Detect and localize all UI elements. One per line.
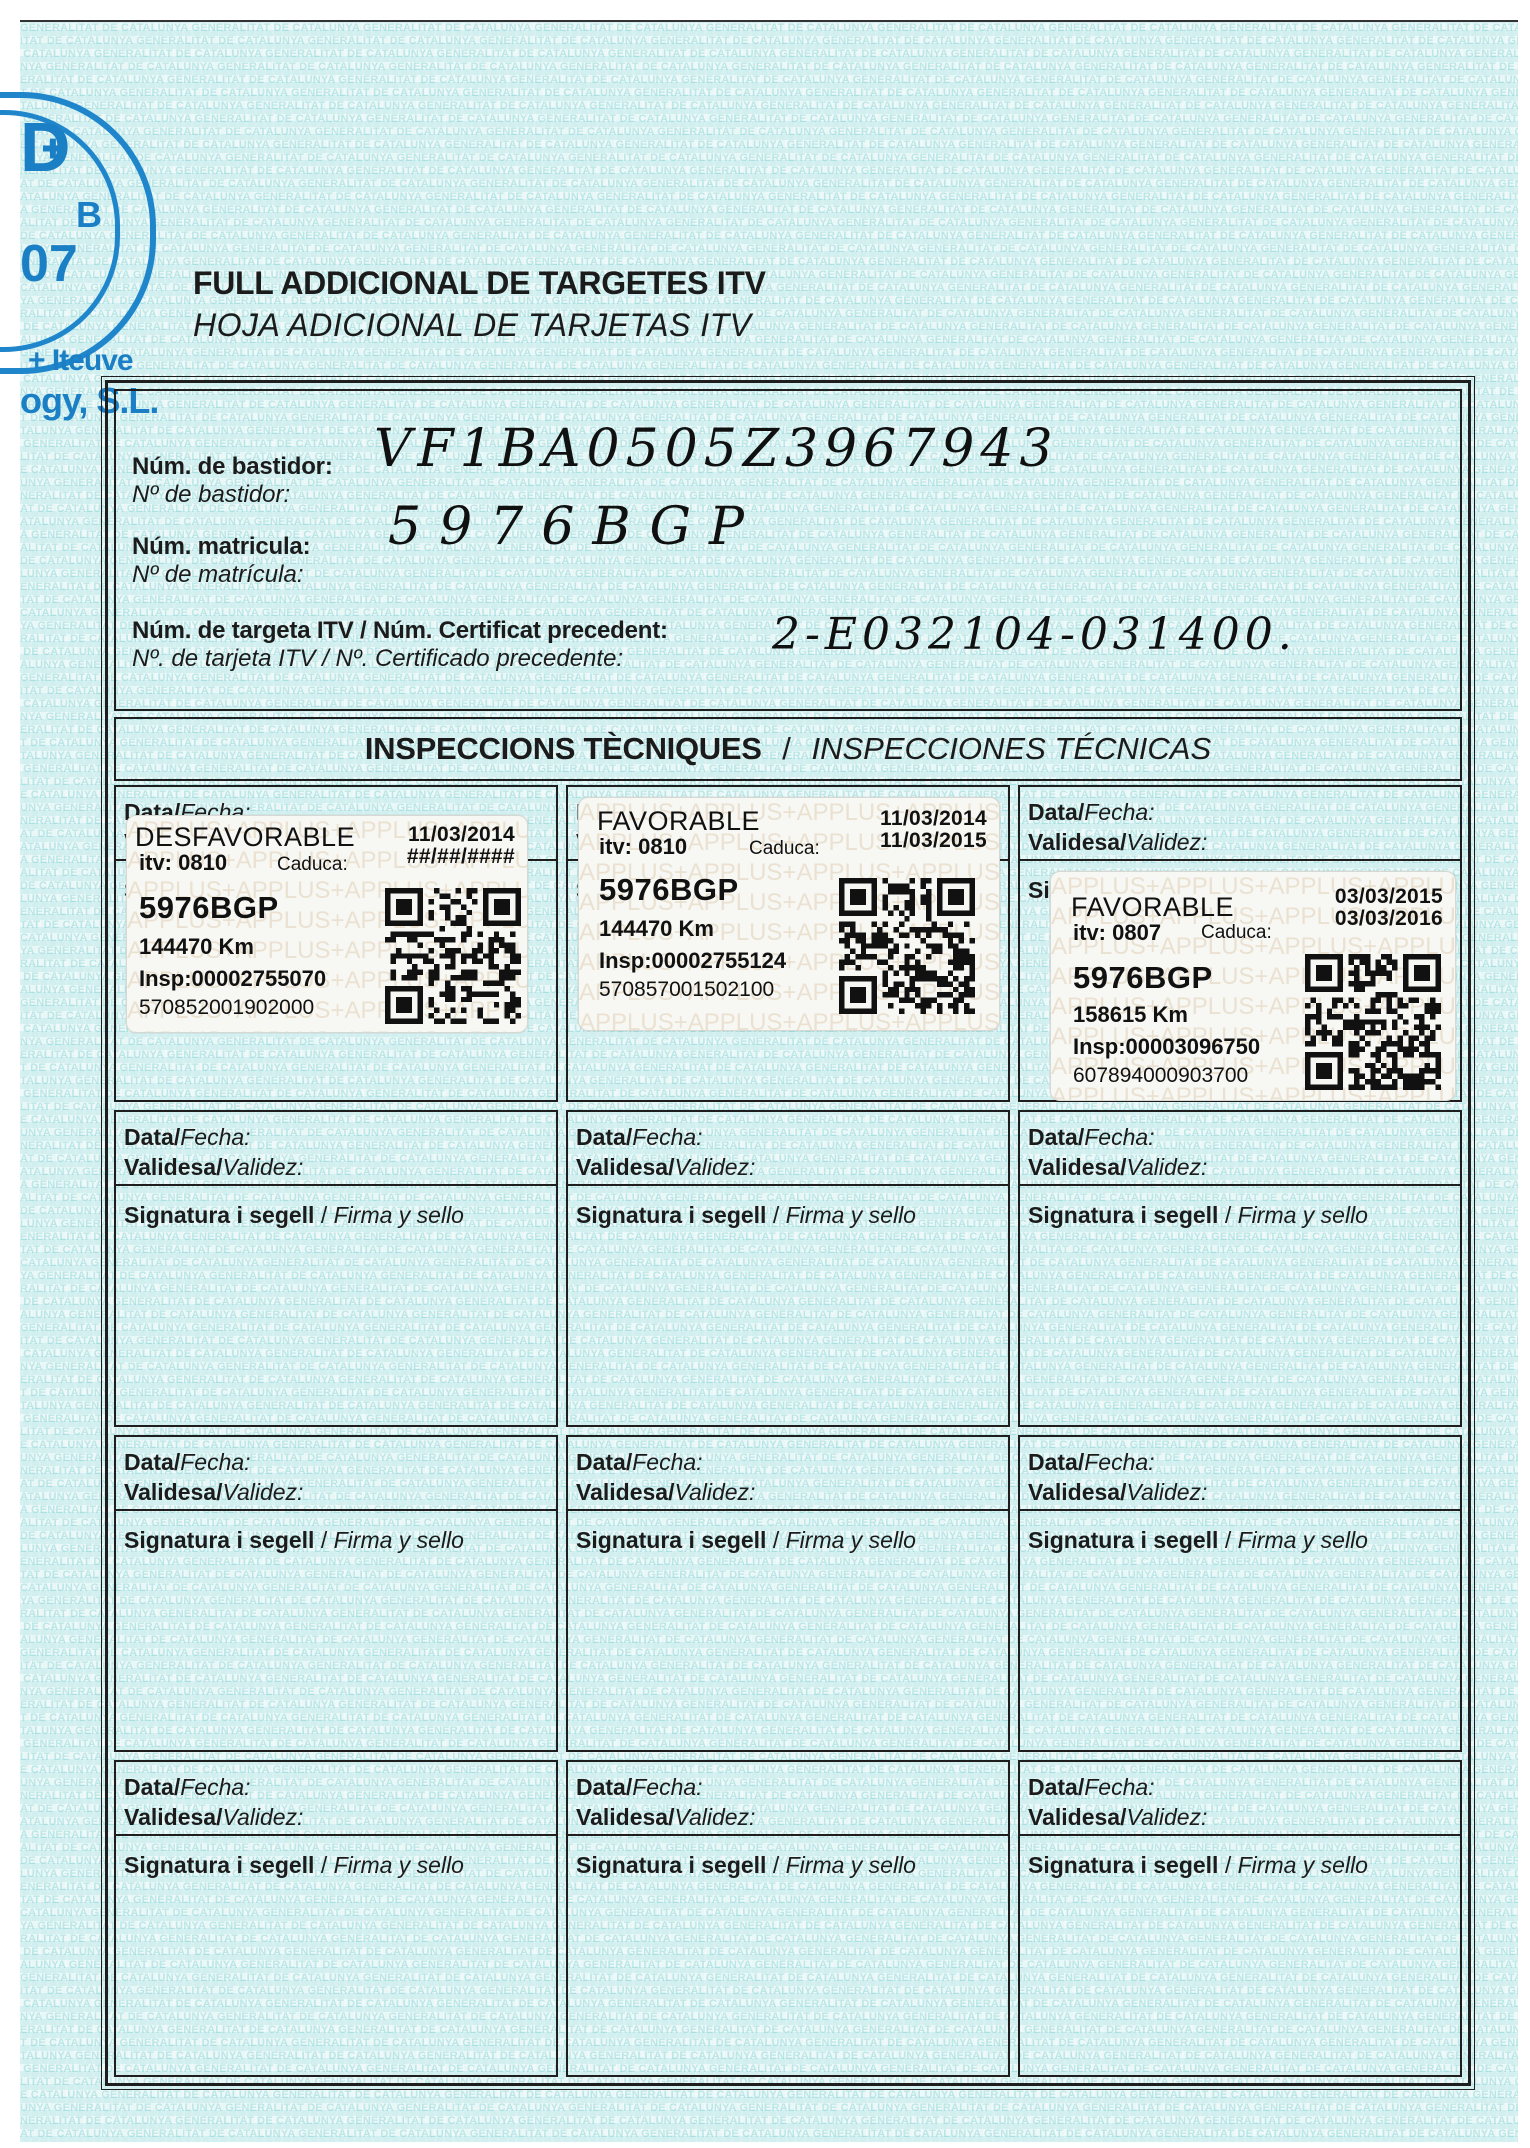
qr-code-icon[interactable]	[1305, 954, 1441, 1090]
date-line: Data/Fecha:	[576, 1772, 1000, 1802]
date-label: Data	[124, 1449, 174, 1475]
card-field: Núm. de targeta ITV / Núm. Certificat pr…	[132, 617, 668, 673]
signature-line: Signatura i segell / Firma y sello	[1028, 1527, 1368, 1554]
signature-label-es: Firma y sello	[1238, 1527, 1368, 1553]
sticker-km: 144470 Km	[599, 916, 714, 942]
validity-label-es: Validez:	[1126, 1804, 1207, 1830]
chassis-field: Núm. de bastidor: Nº de bastidor:	[132, 453, 333, 509]
signature-line: Signatura i segell / Firma y sello	[576, 1527, 916, 1554]
sticker-dates: 11/03/2014##/##/####	[407, 824, 515, 868]
stamp-number: 07	[20, 234, 78, 294]
signature-line: Signatura i segell / Firma y sello	[124, 1852, 464, 1879]
inspections-separator: /	[782, 731, 791, 766]
sticker-km: 158615 Km	[1073, 1002, 1188, 1028]
cell-header: Data/Fecha: Validesa/Validez:	[1020, 1762, 1460, 1836]
sticker-result: FAVORABLE	[597, 806, 760, 837]
page-title: FULL ADDICIONAL DE TARGETES ITV	[193, 265, 766, 302]
signature-line: Signatura i segell / Firma y sello	[1028, 1202, 1368, 1229]
signature-line: Signatura i segell / Firma y sello	[576, 1852, 916, 1879]
inspections-title-ca: INSPECCIONS TÈCNIQUES	[365, 731, 762, 766]
chassis-label-es: Nº de bastidor:	[132, 481, 333, 509]
date-label-es: Fecha:	[1084, 1449, 1154, 1475]
sticker-dates: 03/03/201503/03/2016	[1335, 886, 1443, 930]
date-label: Data	[1028, 1774, 1078, 1800]
date-label: Data	[576, 1124, 626, 1150]
signature-line: Signatura i segell / Firma y sello	[576, 1202, 916, 1229]
date-label: Data	[124, 1774, 174, 1800]
itv-sticker-3: APPLUS+APPLUS+APPLUS+APPLUS APPLUS+APPLU…	[1050, 871, 1456, 1101]
sticker-inspection-number: Insp:00003096750	[1073, 1034, 1260, 1060]
validity-label: Validesa	[1028, 1479, 1120, 1505]
sticker-plate: 5976BGP	[139, 890, 279, 926]
inspection-cell-1: Data/Fecha: Validesa/Validez: Signatura …	[114, 785, 558, 1102]
signature-sep: /	[314, 1202, 333, 1228]
sticker-plate: 5976BGP	[599, 872, 739, 908]
validity-label-es: Validez:	[674, 1154, 755, 1180]
inspection-cell-7: Data/Fecha: Validesa/Validez: Signatura …	[114, 1435, 558, 1752]
inspection-cell-3: Data/Fecha: Validesa/Validez: Signatura …	[1018, 785, 1462, 1102]
date-label-es: Fecha:	[632, 1124, 702, 1150]
signature-line: Signatura i segell / Firma y sello	[124, 1527, 464, 1554]
date-label-es: Fecha:	[180, 1449, 250, 1475]
signature-label-es: Firma y sello	[334, 1202, 464, 1228]
sticker-inspection-number: Insp:00002755070	[139, 966, 326, 992]
validity-label-es: Validez:	[222, 1479, 303, 1505]
date-label-es: Fecha:	[180, 1124, 250, 1150]
inspection-cell-12: Data/Fecha: Validesa/Validez: Signatura …	[1018, 1760, 1462, 2077]
cell-header: Data/Fecha: Validesa/Validez:	[568, 1762, 1008, 1836]
signature-sep: /	[1218, 1852, 1237, 1878]
plate-label: Núm. matricula:	[132, 533, 310, 561]
date-line: Data/Fecha:	[576, 1447, 1000, 1477]
inspection-cell-2: Data/Fecha: Validesa/Validez: Signatura …	[566, 785, 1010, 1102]
validity-label: Validesa	[576, 1479, 668, 1505]
signature-label-es: Firma y sello	[1238, 1852, 1368, 1878]
plate-value[interactable]: 5976BGP	[388, 497, 762, 557]
vehicle-identification: Núm. de bastidor: Nº de bastidor: VF1BA0…	[114, 389, 1462, 711]
cell-header: Data/Fecha: Validesa/Validez:	[116, 1762, 556, 1836]
stamp-company-line-1: + Iteuve	[28, 344, 133, 378]
inspection-cell-10: Data/Fecha: Validesa/Validez: Signatura …	[114, 1760, 558, 2077]
itv-sticker-2: APPLUS+APPLUS+APPLUS+APPLUS APPLUS+APPLU…	[578, 797, 1000, 1031]
date-label: Data	[576, 1449, 626, 1475]
signature-label-es: Firma y sello	[786, 1202, 916, 1228]
signature-sep: /	[1218, 1527, 1237, 1553]
sticker-expiry-label: Caduca:	[749, 838, 820, 860]
validity-line: Validesa/Validez:	[576, 1152, 1000, 1182]
validity-label: Validesa	[1028, 829, 1120, 855]
signature-sep: /	[1218, 1202, 1237, 1228]
date-label-es: Fecha:	[632, 1449, 702, 1475]
sticker-dates: 11/03/201411/03/2015	[880, 808, 987, 852]
sticker-km: 144470 Km	[139, 934, 254, 960]
validity-label-es: Validez:	[1126, 829, 1207, 855]
date-label: Data	[576, 1774, 626, 1800]
date-line: Data/Fecha:	[124, 1447, 548, 1477]
signature-line: Signatura i segell / Firma y sello	[124, 1202, 464, 1229]
sticker-itv-station: itv: 0810	[139, 850, 227, 876]
signature-label: Signatura i segell	[1028, 1527, 1218, 1553]
inspection-cell-8: Data/Fecha: Validesa/Validez: Signatura …	[566, 1435, 1010, 1752]
form-frame: Núm. de bastidor: Nº de bastidor: VF1BA0…	[105, 380, 1471, 2086]
inspection-cell-9: Data/Fecha: Validesa/Validez: Signatura …	[1018, 1435, 1462, 1752]
sticker-expiry: 11/03/2015	[880, 830, 987, 852]
sticker-expiry-label: Caduca:	[277, 854, 348, 876]
date-line: Data/Fecha:	[1028, 797, 1452, 827]
validity-line: Validesa/Validez:	[1028, 1477, 1452, 1507]
itv-sheet: GENERALITAT DE CATALUNYA GENERALITAT DE …	[20, 20, 1518, 2142]
validity-line: Validesa/Validez:	[576, 1802, 1000, 1832]
signature-sep: /	[766, 1527, 785, 1553]
chassis-value[interactable]: VF1BA0505Z3967943	[374, 419, 1059, 479]
validity-label-es: Validez:	[674, 1479, 755, 1505]
validity-label-es: Validez:	[222, 1154, 303, 1180]
validity-label-es: Validez:	[1126, 1154, 1207, 1180]
date-label-es: Fecha:	[1084, 1774, 1154, 1800]
plate-field: Núm. matricula: Nº de matrícula:	[132, 533, 310, 589]
stamp-letter: B	[76, 194, 102, 236]
validity-line: Validesa/Validez:	[124, 1477, 548, 1507]
date-line: Data/Fecha:	[1028, 1772, 1452, 1802]
inspection-cell-5: Data/Fecha: Validesa/Validez: Signatura …	[566, 1110, 1010, 1427]
date-label-es: Fecha:	[632, 1774, 702, 1800]
signature-label: Signatura i segell	[124, 1852, 314, 1878]
signature-line: Signatura i segell / Firma y sello	[1028, 1852, 1368, 1879]
sticker-itv-station: itv: 0807	[1073, 920, 1161, 946]
date-label-es: Fecha:	[180, 1774, 250, 1800]
cell-header: Data/Fecha: Validesa/Validez:	[1020, 1112, 1460, 1186]
itv-sticker-1: APPLUS+APPLUS+APPLUS+APPLUS APPLUS+APPLU…	[126, 815, 528, 1033]
date-line: Data/Fecha:	[124, 1122, 548, 1152]
card-value[interactable]: 2-E032104-031400.	[772, 609, 1297, 660]
signature-label-es: Firma y sello	[334, 1852, 464, 1878]
validity-label-es: Validez:	[674, 1804, 755, 1830]
validity-label-es: Validez:	[222, 1804, 303, 1830]
signature-label-es: Firma y sello	[334, 1527, 464, 1553]
date-label-es: Fecha:	[1084, 1124, 1154, 1150]
sticker-date: 11/03/2014	[407, 824, 515, 846]
inspection-grid: Data/Fecha: Validesa/Validez: Signatura …	[114, 785, 1462, 2077]
sticker-code: 570857001502100	[599, 978, 774, 1002]
signature-sep: /	[314, 1527, 333, 1553]
sticker-result: FAVORABLE	[1071, 892, 1234, 923]
validity-line: Validesa/Validez:	[1028, 827, 1452, 857]
inspections-title-es: INSPECCIONES TÉCNICAS	[812, 731, 1212, 766]
signature-label: Signatura i segell	[124, 1202, 314, 1228]
date-line: Data/Fecha:	[1028, 1447, 1452, 1477]
signature-sep: /	[766, 1852, 785, 1878]
validity-label: Validesa	[124, 1479, 216, 1505]
sticker-inspection-number: Insp:00002755124	[599, 948, 786, 974]
cell-header: Data/Fecha: Validesa/Validez:	[116, 1112, 556, 1186]
sticker-result: DESFAVORABLE	[135, 822, 355, 853]
date-label-es: Fecha:	[1084, 799, 1154, 825]
cell-header: Data/Fecha: Validesa/Validez:	[1020, 1437, 1460, 1511]
sticker-date: 11/03/2014	[880, 808, 987, 830]
cell-header: Data/Fecha: Validesa/Validez:	[568, 1112, 1008, 1186]
signature-label-es: Firma y sello	[786, 1527, 916, 1553]
signature-sep: /	[766, 1202, 785, 1228]
inspection-cell-11: Data/Fecha: Validesa/Validez: Signatura …	[566, 1760, 1010, 2077]
sticker-code: 607894000903700	[1073, 1064, 1248, 1088]
validity-label: Validesa	[1028, 1804, 1120, 1830]
date-line: Data/Fecha:	[124, 1772, 548, 1802]
inspection-cell-6: Data/Fecha: Validesa/Validez: Signatura …	[1018, 1110, 1462, 1427]
card-label: Núm. de targeta ITV / Núm. Certificat pr…	[132, 617, 668, 645]
signature-label: Signatura i segell	[1028, 1852, 1218, 1878]
validity-label: Validesa	[576, 1154, 668, 1180]
cell-header: Data/Fecha: Validesa/Validez:	[116, 1437, 556, 1511]
signature-label: Signatura i segell	[124, 1527, 314, 1553]
validity-line: Validesa/Validez:	[1028, 1152, 1452, 1182]
signature-label: Signatura i segell	[576, 1202, 766, 1228]
qr-code-icon[interactable]	[385, 888, 521, 1024]
validity-line: Validesa/Validez:	[124, 1152, 548, 1182]
validity-line: Validesa/Validez:	[124, 1802, 548, 1832]
validity-label: Validesa	[1028, 1154, 1120, 1180]
card-label-es: Nº. de tarjeta ITV / Nº. Certificado pre…	[132, 645, 668, 673]
validity-label: Validesa	[576, 1804, 668, 1830]
qr-code-icon[interactable]	[839, 878, 975, 1014]
signature-label: Signatura i segell	[1028, 1202, 1218, 1228]
date-label: Data	[1028, 799, 1078, 825]
signature-label: Signatura i segell	[576, 1527, 766, 1553]
sticker-itv-station: itv: 0810	[599, 834, 687, 860]
sticker-expiry: ##/##/####	[407, 846, 515, 868]
validity-line: Validesa/Validez:	[576, 1477, 1000, 1507]
validity-line: Validesa/Validez:	[1028, 1802, 1452, 1832]
validity-label: Validesa	[124, 1154, 216, 1180]
validity-label: Validesa	[124, 1804, 216, 1830]
date-label: Data	[1028, 1124, 1078, 1150]
inspections-heading: INSPECCIONS TÈCNIQUES / INSPECCIONES TÉC…	[114, 717, 1462, 781]
page-subtitle: HOJA ADICIONAL DE TARJETAS ITV	[193, 307, 752, 344]
plate-label-es: Nº de matrícula:	[132, 561, 310, 589]
signature-label-es: Firma y sello	[786, 1852, 916, 1878]
sticker-code: 570852001902000	[139, 996, 314, 1020]
date-line: Data/Fecha:	[576, 1122, 1000, 1152]
cell-header: Data/Fecha: Validesa/Validez:	[568, 1437, 1008, 1511]
sticker-plate: 5976BGP	[1073, 960, 1213, 996]
date-label: Data	[1028, 1449, 1078, 1475]
cell-header: Data/Fecha: Validesa/Validez:	[1020, 787, 1460, 861]
chassis-label: Núm. de bastidor:	[132, 453, 333, 481]
signature-label-es: Firma y sello	[1238, 1202, 1368, 1228]
inspection-cell-4: Data/Fecha: Validesa/Validez: Signatura …	[114, 1110, 558, 1427]
date-line: Data/Fecha:	[1028, 1122, 1452, 1152]
signature-label: Signatura i segell	[576, 1852, 766, 1878]
stamp-cross-icon: ✚	[42, 134, 64, 165]
sticker-expiry: 03/03/2016	[1335, 908, 1443, 930]
signature-sep: /	[314, 1852, 333, 1878]
sticker-date: 03/03/2015	[1335, 886, 1443, 908]
date-label: Data	[124, 1124, 174, 1150]
sticker-expiry-label: Caduca:	[1201, 922, 1272, 944]
validity-label-es: Validez:	[1126, 1479, 1207, 1505]
